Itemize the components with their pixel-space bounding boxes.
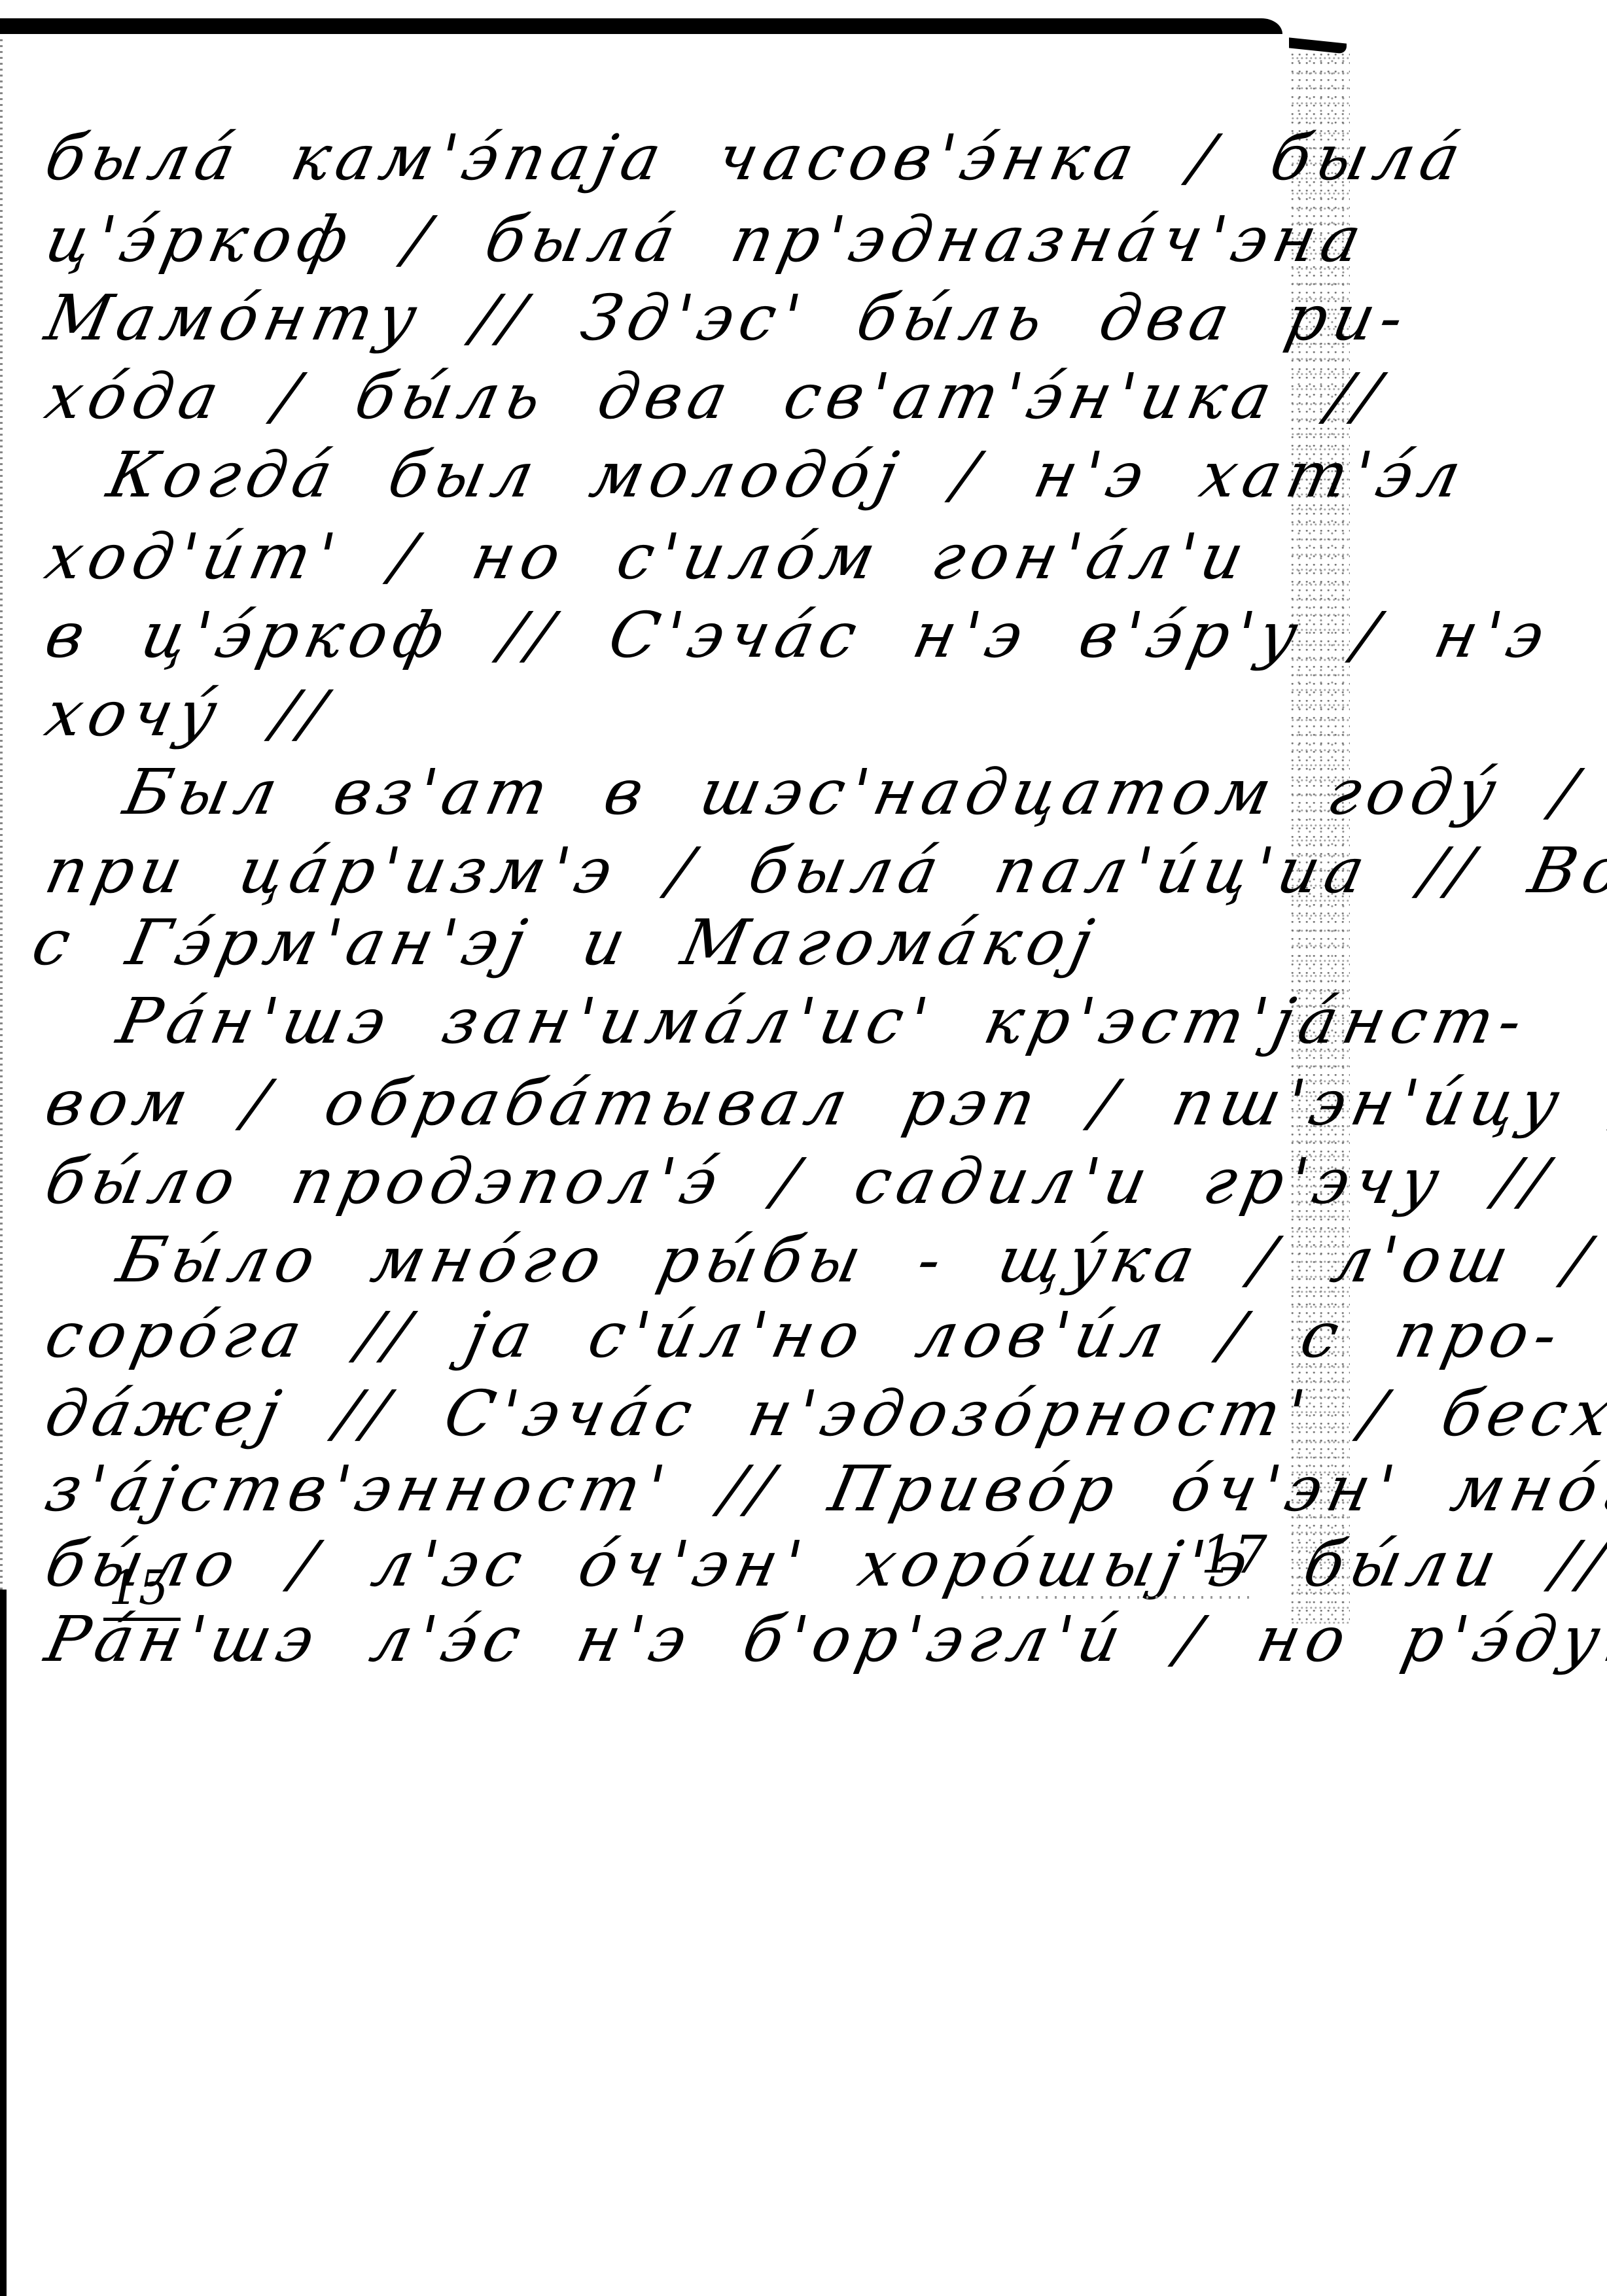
page-number-right: 17: [1201, 1524, 1267, 1585]
page-left-edge-faint: [0, 39, 3, 1590]
page-number-left: 15: [103, 1560, 181, 1621]
manuscript-line: з'а́јств'энност' // Приво́р о́ч'эн' мно́…: [39, 1452, 1607, 1525]
page-top-edge-shadow-right: [1289, 37, 1347, 54]
manuscript-line: при ца́р'изм'э / была́ пал'и́ц'иа // Воз…: [39, 834, 1607, 907]
manuscript-line: Был вз'ат в шэс'надцатом году́ /: [118, 756, 1589, 829]
manuscript-line: Бы́ло мно́го ры́бы - щу́ка / л'ош /: [111, 1223, 1602, 1296]
manuscript-line: была́ кам'э́паја часов'э́нка / была́: [39, 121, 1473, 194]
manuscript-line: бы́ло / л'эс о́ч'эн' хоро́шыј'э бы́ли //: [39, 1527, 1607, 1601]
manuscript-line: Ра́н'шэ зан'има́л'ис' кр'эст'ја́нст-: [111, 984, 1535, 1058]
page-left-edge-shadow: [0, 1590, 7, 2296]
manuscript-line: с Гэ́рм'ан'эј и Магома́коj: [26, 906, 1106, 979]
manuscript-line: ц'э́ркоф / была́ пр'эдназна́ч'эна: [39, 203, 1374, 276]
manuscript-line: вом / обраба́тывал рэп / пш'эн'и́цу /: [39, 1066, 1607, 1139]
manuscript-line: в ц'э́ркоф // С'эча́с н'э в'э́р'у / н'э: [39, 599, 1557, 672]
manuscript-line: хо́да / бы́ль два св'ат'э́н'ика //: [39, 360, 1392, 433]
manuscript-line: бы́ло продэпол'э́ / садил'и гр'эчу //: [39, 1145, 1560, 1218]
manuscript-line: соро́га // ја с'и́л'но лов'и́л / с про-: [39, 1298, 1570, 1372]
manuscript-line: Когда́ был молодо́ј / н'э хат'э́л: [101, 438, 1474, 512]
manuscript-line: Мамо́нту // Зд'эс' бы́ль два ри-: [39, 281, 1417, 355]
page-bottom-edge-noise: [981, 1596, 1256, 1599]
manuscript-page-scan: была́ кам'э́паја часов'э́нка / была́ ц'э…: [0, 0, 1607, 2296]
manuscript-line: Ра́н'шэ л'э́с н'э б'ор'эгл'и́ / но р'э́д…: [39, 1603, 1607, 1676]
manuscript-line: ход'и́т' / но с'ило́м гон'а́л'и: [39, 520, 1257, 593]
manuscript-line: хочу́ //: [39, 677, 338, 750]
manuscript-line: да́жеј // С'эча́с н'эдозо́рност' / бесхо…: [39, 1377, 1607, 1450]
page-top-edge-shadow: [0, 18, 1282, 34]
